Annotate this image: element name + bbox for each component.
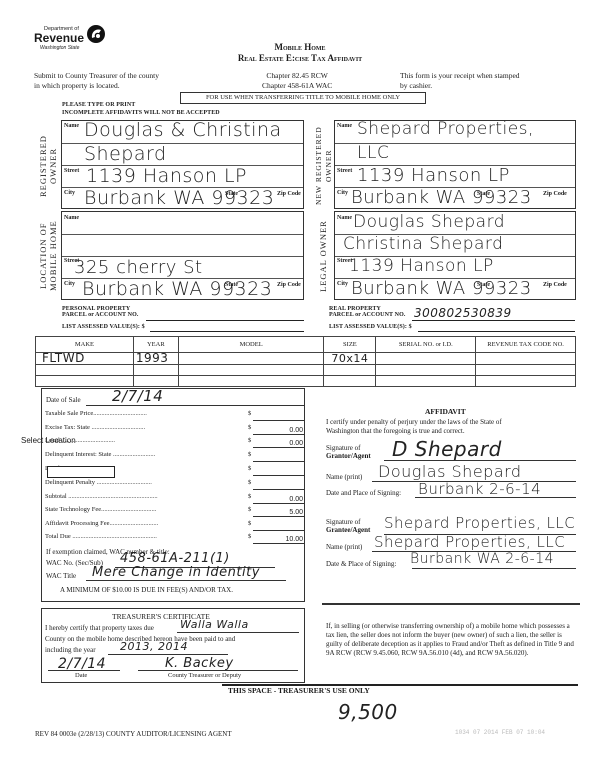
table-row: FLTWD 1993 70x14 <box>36 353 576 365</box>
grantor-signature-label: Signature of Grantor/Agent <box>326 444 371 460</box>
type-print-note: PLEASE TYPE OR PRINT <box>62 102 135 108</box>
fee-excise-local[interactable]: Local .................................$… <box>45 437 305 449</box>
grantor-name-label: Name (print) <box>326 473 362 481</box>
treasurer-signature-value[interactable]: K. Backey <box>165 656 234 671</box>
receipt-note: This form is your receipt when stamped b… <box>400 71 520 90</box>
legal-owner-city[interactable]: Burbank WA 99323 <box>351 278 532 299</box>
cell-serial[interactable] <box>376 353 476 365</box>
new-owner-name-2[interactable]: LLC <box>357 143 389 163</box>
new-registered-owner-section-label: NEW REGISTEREDOWNER <box>314 122 334 210</box>
date-of-sale-label: Date of Sale <box>46 396 81 404</box>
cell-size[interactable] <box>324 376 376 387</box>
dor-logo: Department of Revenue Washington State <box>34 26 109 52</box>
legal-owner-section-label: LEGAL OWNER <box>318 212 328 300</box>
form-number: REV 84 0003e (2/28/13) COUNTY AUDITOR/LI… <box>35 730 232 738</box>
minimum-due-note: A MINIMUM OF $10.00 IS DUE IN FEE(S) AND… <box>60 586 233 594</box>
select-location-dropdown[interactable]: Select Location <box>21 436 76 445</box>
treasurer-date-value[interactable]: 2/7/14 <box>58 656 106 672</box>
title-mobile-home: Mobile Home <box>200 42 400 52</box>
fee-affidavit-processing[interactable]: Affidavit Processing Fee................… <box>45 520 305 532</box>
wac-title-value[interactable]: Mere Change in Identity <box>92 565 260 580</box>
table-row <box>36 376 576 387</box>
dor-swirl-icon <box>86 24 106 44</box>
grantee-name-label: Name (print) <box>326 543 362 551</box>
header-revenue-code: REVENUE TAX CODE NO. <box>476 337 576 353</box>
cell-serial[interactable] <box>376 376 476 387</box>
cell-year[interactable] <box>133 365 178 376</box>
cell-revenue-code[interactable] <box>476 365 576 376</box>
fee-subtotal[interactable]: Subtotal ...............................… <box>45 493 305 505</box>
real-property-label: REAL PROPERTY PARCEL or ACCOUNT NO. <box>329 306 405 318</box>
real-assessed-field[interactable] <box>418 331 575 332</box>
new-owner-city[interactable]: Burbank WA 99323 <box>351 187 532 208</box>
treasurer-year-value[interactable]: 2013, 2014 <box>120 640 188 653</box>
fee-delinquent-penalty[interactable]: Delinquent Penalty .....................… <box>45 479 305 491</box>
personal-assessed-field[interactable] <box>150 331 304 332</box>
chapter-refs: Chapter 82.45 RCW Chapter 458-61A WAC <box>262 71 332 90</box>
legal-owner-box: Name Street City State Zip Code Douglas … <box>334 211 576 300</box>
receipt-stamp: 1034 07 2014 FEB 07 10:04 <box>455 729 545 736</box>
location-section-label: LOCATION OFMOBILE HOME <box>38 212 58 300</box>
grantor-date-value[interactable]: Burbank 2-6-14 <box>418 480 541 498</box>
dor-revenue-text: Revenue <box>34 31 84 45</box>
fee-taxable-sale-price[interactable]: Taxable Sale Price......................… <box>45 410 305 422</box>
header-model: MODEL <box>178 337 324 353</box>
grantor-date-label: Date and Place of Signing: <box>326 489 401 497</box>
personal-parcel-field[interactable] <box>146 320 304 321</box>
treasurer-date-label: Date <box>75 672 87 679</box>
grantee-date-label: Date & Place of Signing: <box>326 560 396 568</box>
incomplete-note: INCOMPLETE AFFIDAVITS WILL NOT BE ACCEPT… <box>62 110 220 116</box>
legal-owner-street[interactable]: 1139 Hanson LP <box>349 256 494 276</box>
affidavit-statement: I certify under penalty of perjury under… <box>326 418 502 436</box>
legal-owner-name-2[interactable]: Christina Shepard <box>343 234 503 254</box>
header-serial: SERIAL NO. or I.D. <box>376 337 476 353</box>
personal-property-label: PERSONAL PROPERTY PARCEL or ACCOUNT NO. <box>62 306 138 318</box>
affidavit-divider <box>322 603 580 605</box>
dor-state-text: Washington State <box>40 45 79 51</box>
cell-year[interactable] <box>133 376 178 387</box>
grantor-name-value[interactable]: Douglas Shepard <box>378 462 522 481</box>
real-assessed-label: LIST ASSESSED VALUE(S): $ <box>329 324 412 330</box>
fee-total-due[interactable]: Total Due ..............................… <box>45 533 305 545</box>
fee-delinquent-interest-state[interactable]: Delinquent Interest: State .............… <box>45 451 305 463</box>
registered-owner-section-label: REGISTEREDOWNER <box>38 122 58 210</box>
cell-revenue-code[interactable] <box>476 353 576 365</box>
grantee-signature-label: Signature of Grantee/Agent <box>326 518 370 534</box>
fee-state-technology[interactable]: State Technology Fee....................… <box>45 506 305 518</box>
treasurer-use-only-heading: THIS SPACE - TREASURER'S USE ONLY <box>228 686 370 695</box>
new-owner-name-1[interactable]: Shepard Properties, <box>357 119 534 139</box>
cell-make[interactable] <box>36 365 134 376</box>
header-size: SIZE <box>324 337 376 353</box>
tax-lien-notice: If, in selling (or otherwise transferrin… <box>326 622 576 658</box>
cell-revenue-code[interactable] <box>476 376 576 387</box>
registered-owner-city[interactable]: Burbank WA 99323 <box>84 187 274 209</box>
legal-owner-name-1[interactable]: Douglas Shepard <box>353 212 505 232</box>
cell-make[interactable]: FLTWD <box>36 353 134 365</box>
grantee-signature-value[interactable]: Shepard Properties, LLC <box>384 514 575 532</box>
treasurer-text-3: including the year <box>45 646 96 654</box>
treasurer-signature-label: County Treasurer or Deputy <box>168 672 241 679</box>
registered-owner-name-1[interactable]: Douglas & Christina <box>84 119 282 141</box>
cell-model[interactable] <box>178 353 324 365</box>
grantee-date-value[interactable]: Burbank WA 2-6-14 <box>410 551 554 567</box>
usage-banner: FOR USE WHEN TRANSFERRING TITLE TO MOBIL… <box>180 92 426 104</box>
delinquent-location-input[interactable] <box>47 466 115 478</box>
cell-year[interactable]: 1993 <box>133 353 178 365</box>
cell-model[interactable] <box>178 365 324 376</box>
fee-excise-state[interactable]: Excise Tax: State ......................… <box>45 424 305 436</box>
registered-owner-street[interactable]: 1139 Hanson LP <box>86 165 247 187</box>
wac-title-label: WAC Title <box>46 572 76 580</box>
grantee-name-value[interactable]: Shepard Properties, LLC <box>374 533 565 551</box>
location-street[interactable]: 325 cherry St <box>74 257 203 278</box>
treasurer-text-1: I hereby certify that property taxes due <box>45 624 154 632</box>
personal-assessed-label: LIST ASSESSED VALUE(S): $ <box>62 324 145 330</box>
cell-size[interactable]: 70x14 <box>324 353 376 365</box>
title-affidavit: Real Estate E:cise Tax Affidavit <box>200 53 400 63</box>
affidavit-title: AFFIDAVIT <box>425 407 466 416</box>
location-box: Name Street City State Zip Code 325 cher… <box>61 211 304 300</box>
location-city[interactable]: Burbank WA 99323 <box>82 278 272 300</box>
new-owner-street[interactable]: 1139 Hanson LP <box>357 165 510 186</box>
cell-model[interactable] <box>178 376 324 387</box>
date-of-sale-value[interactable]: 2/7/14 <box>112 387 163 405</box>
grantor-signature-value[interactable]: D Shepard <box>392 437 502 461</box>
table-row <box>36 365 576 376</box>
mobile-home-details-table: MAKE YEAR MODEL SIZE SERIAL NO. or I.D. … <box>35 336 576 387</box>
submit-instructions: Submit to County Treasurer of the county… <box>34 71 159 90</box>
cell-make[interactable] <box>36 376 134 387</box>
form-title: Mobile Home Real Estate E:cise Tax Affid… <box>200 42 400 63</box>
real-parcel-field-line <box>412 320 575 321</box>
registered-owner-name-2[interactable]: Shepard <box>84 143 167 165</box>
treasurer-county-value[interactable]: Walla Walla <box>180 618 249 631</box>
wac-no-value[interactable]: 458-61A-211(1) <box>120 551 230 566</box>
real-parcel-value[interactable]: 300802530839 <box>414 306 512 320</box>
registered-owner-box: Name Street City State Zip Code Douglas … <box>61 120 304 209</box>
new-registered-owner-box: Name Street City State Zip Code Shepard … <box>334 120 576 209</box>
cell-serial[interactable] <box>376 365 476 376</box>
cell-size[interactable] <box>324 365 376 376</box>
handwritten-amount: 9,500 <box>338 700 398 724</box>
